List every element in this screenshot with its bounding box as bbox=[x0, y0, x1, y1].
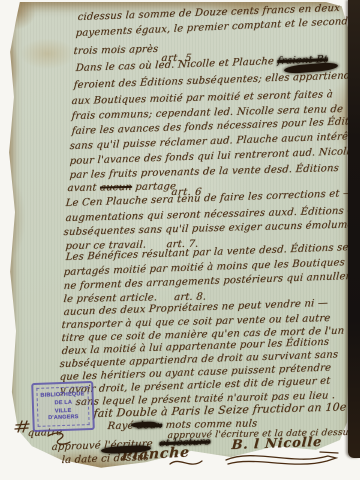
scanner-edge-shadow bbox=[348, 0, 360, 458]
manuscript-line: avant aucun partage bbox=[67, 181, 176, 194]
margin-hash-mark bbox=[14, 420, 30, 434]
library-stamp-frame: BIBLIOTHÈQUE DE LA VILLE D'ANGERS bbox=[36, 386, 89, 427]
nicolle-signature-flourish bbox=[224, 450, 342, 470]
manuscript-line: par les fruits provenants de la vente de… bbox=[69, 163, 339, 181]
manuscript-line: trois mois après bbox=[73, 44, 159, 57]
stamp-line-2: DE LA bbox=[54, 400, 72, 407]
library-stamp: BIBLIOTHÈQUE DE LA VILLE D'ANGERS bbox=[31, 381, 95, 432]
stamp-line-3: VILLE D'ANGERS bbox=[40, 407, 86, 421]
manuscript-line: feroient des Éditions subséquentes; elle… bbox=[73, 70, 360, 91]
scanned-manuscript: cidessus la somme de Douze cents francs … bbox=[0, 0, 360, 480]
quatre-paraph bbox=[46, 430, 72, 448]
stamp-line-1: BIBLIOTHÈQUE bbox=[41, 392, 85, 400]
planche-signature-flourish bbox=[168, 456, 204, 470]
